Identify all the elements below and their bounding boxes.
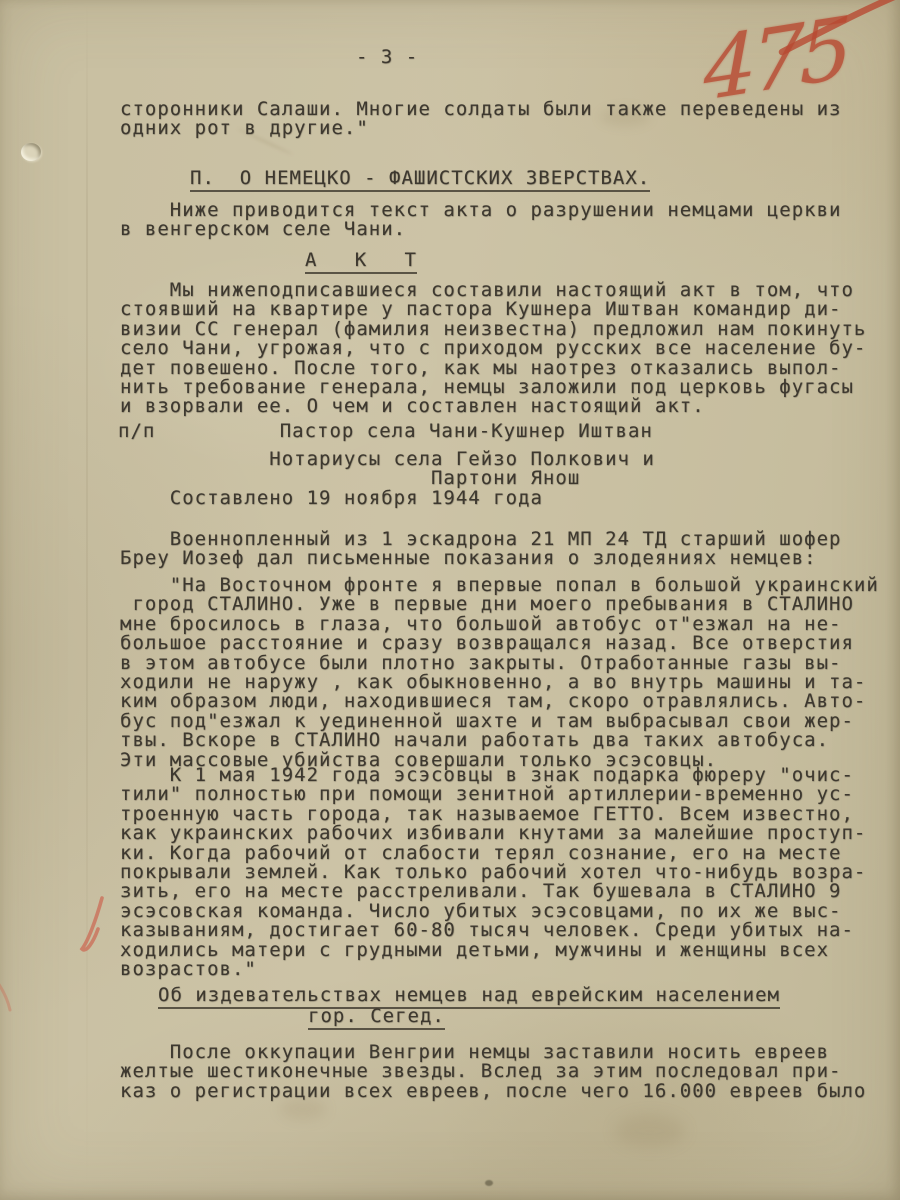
paragraph-salashi-continuation: сторонники Салаши. Многие солдаты были т… <box>120 100 841 139</box>
scanned-document-page: - 3 - 475 сторонники Салаши. Многие солд… <box>0 0 900 1200</box>
testimony-intro-paragraph: Военнопленный из 1 эскадрона 21 МП 24 ТД… <box>120 530 841 569</box>
testimony-stalino-paragraph: "На Восточном фронте я впервые попал в б… <box>120 576 879 770</box>
section-heading-szeged-line2: гор. Сегед. <box>308 1007 445 1030</box>
testimony-ghetto-paragraph: К 1 мая 1942 года эсэсовцы в знак подарк… <box>120 766 866 979</box>
page-number: - 3 - <box>356 48 418 67</box>
punch-hole <box>21 143 41 161</box>
paragraph-szeged: После оккупации Венгрии немцы заставили … <box>120 1043 866 1101</box>
paper-speck <box>485 1180 493 1186</box>
margin-checkmark <box>82 898 102 950</box>
paper-stain <box>615 1115 685 1147</box>
section-heading-szeged-line1: Об издевательствах немцев над еврейским … <box>158 986 780 1009</box>
act-intro-paragraph: Ниже приводится текст акта о разрушении … <box>120 201 841 240</box>
signature-pp-line: п/п Пастор села Чани-Кушнер Иштван <box>118 422 653 441</box>
section-heading-atrocities: П. О НЕМЕЦКО - ФАШИСТСКИХ ЗВЕРСТВАХ. <box>190 169 650 192</box>
signature-notaries-block: Нотариусы села Гейзо Полкович и Партони … <box>120 450 655 508</box>
act-title: А К Т <box>305 251 417 274</box>
paper-fold-line <box>86 0 88 1200</box>
act-body-paragraph: Мы нижеподписавшиеся составили настоящий… <box>120 281 866 417</box>
edge-red-sliver <box>0 983 10 1010</box>
